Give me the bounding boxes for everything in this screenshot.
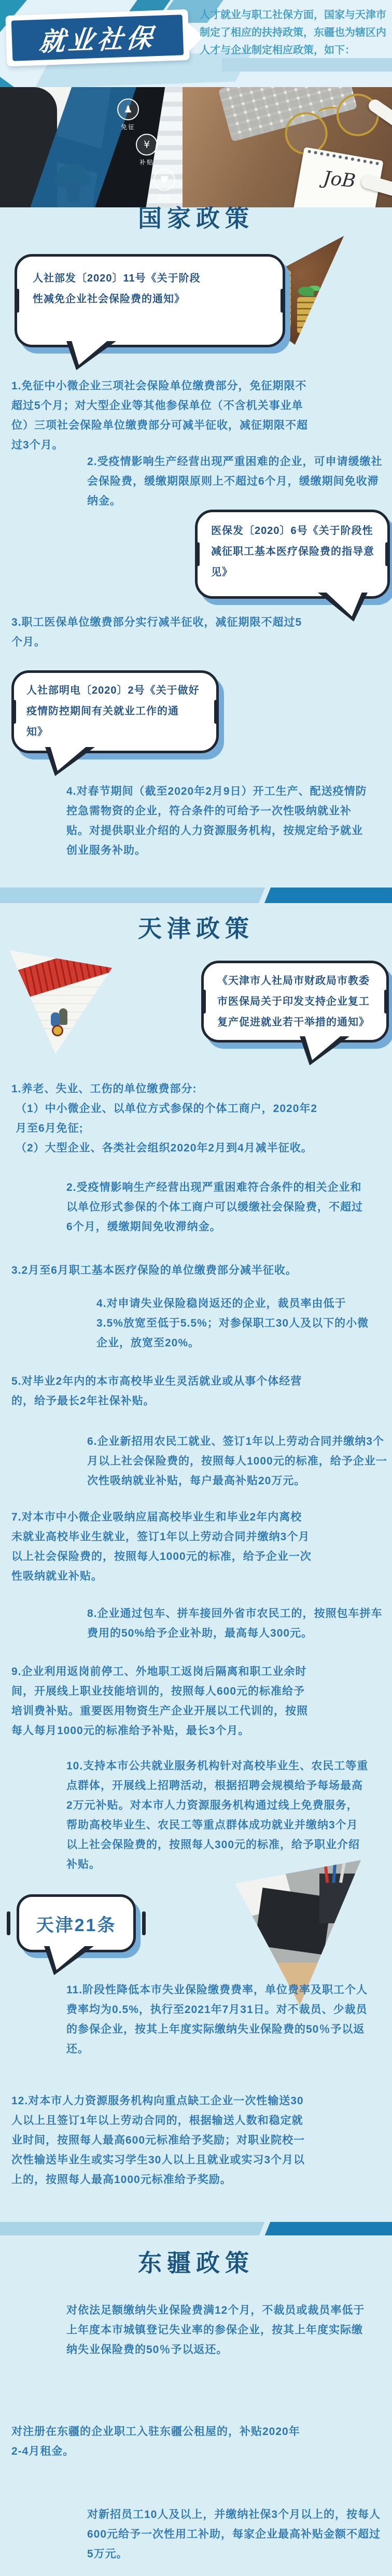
divider-light-bar	[0, 2222, 264, 2235]
policy-doc-bubble-3: 人社部明电〔2020〕2号《关于做好 疫情防控期间有关就业工作的通 知》	[11, 670, 219, 753]
tianjin-21-badge: 天津21条	[17, 1894, 136, 1952]
bubble-tail	[45, 747, 95, 776]
exempt-icon: ♟	[117, 98, 139, 120]
policy-paragraph: 5.对毕业2年内的本市高校毕业生灵活就业或从事个体经营 的，给予最长2年社保补贴…	[11, 1372, 302, 1411]
page-title: 就业社保	[37, 17, 157, 59]
section-title-dongjiang: 东疆政策	[0, 2249, 392, 2277]
policy-paragraph: 11.阶段性降低本市失业保险缴费费率，单位费率及职工个人 费率均为0.5%，执行…	[66, 1980, 368, 2059]
section-title-tianjin: 天津政策	[0, 914, 392, 942]
policy-paragraph: 7.对本市中小微企业吸纳应届高校毕业生和毕业2年内离校 未就业高校毕业生就业，签…	[11, 1508, 312, 1586]
intro-text: 人才就业与职工社保方面，国家与天津市 制定了相应的扶持政策，东疆也为辖区内 人才…	[200, 6, 389, 59]
policy-paragraph: 12.对本市人力资源服务机构向重点缺工企业一次性输送30 人以上且签订1年以上劳…	[11, 2091, 305, 2190]
wheelchair-wheel	[52, 1025, 63, 1036]
quote-dash	[16, 289, 19, 313]
bubble-tail	[300, 1036, 349, 1065]
policy-paragraph: 9.企业利用返岗前停工、外地职工返岗后隔离和职工业余时 间，开展线上职业技能培训…	[11, 1662, 308, 1741]
quote-dash	[196, 542, 200, 566]
policy-paragraph: 3.职工医保单位缴费部分实行减半征收，减征期限不超过5 个月。	[11, 613, 302, 652]
policy-doc-text: 人社部明电〔2020〕2号《关于做好 疫情防控期间有关就业工作的通 知》	[26, 680, 200, 742]
pen-cup	[319, 1874, 357, 1923]
policy-paragraph: 对注册在东疆的企业职工入驻东疆公租屋的，补贴2020年 2-4月租金。	[11, 2422, 300, 2461]
icon-label: 返还	[145, 193, 184, 202]
quote-dash	[202, 990, 206, 1013]
quote-dash	[12, 700, 16, 724]
house-photo-triangle	[9, 950, 112, 1054]
divider-light-bar	[0, 888, 265, 903]
policy-paragraph: 10.支持本市公共就业服务机构针对高校毕业生、农民工等重 点群体，开展线上招聘活…	[66, 1756, 368, 1875]
photo-icon-group: ♥ 返还	[145, 169, 184, 202]
policy-doc-bubble-2: 医保发〔2020〕6号《关于阶段性 减征职工基本医疗保险费的指导意 见》	[195, 510, 390, 599]
policy-doc-text: 人社部发〔2020〕11号《关于阶段 性减免企业社会保险费的通知》	[33, 268, 201, 309]
quote-dash	[281, 289, 284, 313]
bubble-tail	[318, 593, 368, 622]
policy-paragraph: 1.免征中小微企业三项社会保险单位缴费部分，免征期限不 超过5个月；对大型企业等…	[11, 376, 308, 455]
policy-paragraph: 1.养老、失业、工伤的单位缴费部分:	[11, 1079, 197, 1099]
policy-doc-bubble-4: 《天津市人社局市财政局市教委 市医保局关于印发支持企业复工 复产促进就业若干举措…	[201, 961, 389, 1043]
section-divider	[0, 888, 392, 903]
coin-stack	[297, 297, 319, 333]
title-banner-inner: 就业社保	[11, 15, 184, 61]
sprout-leaves	[298, 287, 314, 296]
infographic-canvas: 就业社保 人才就业与职工社保方面，国家与天津市 制定了相应的扶持政策，东疆也为辖…	[0, 0, 392, 2576]
quote-dash	[142, 1911, 146, 1935]
refund-icon: ♥	[153, 169, 175, 191]
divider-dark-bar	[264, 888, 392, 903]
policy-paragraph: 8.企业通过包车、拼车接回外省市农民工的，按照包车拼车 费用的50%给予企业补助…	[87, 1604, 383, 1643]
bubble-tail	[66, 341, 116, 370]
section-title-national: 国家政策	[0, 204, 392, 232]
hero-photo-collage: JoB ♟ 免征 ¥ 补贴 ♥ 返还	[0, 87, 392, 207]
eyeglasses-bridge	[317, 105, 339, 116]
policy-paragraph: 对依法足额缴纳失业保险费满12个月，不裁员或裁员率低于 上年度本市城镇登记失业率…	[66, 2301, 365, 2360]
policy-paragraph: 3.2月至6月职工基本医疗保险的单位缴费部分减半征收。	[11, 1261, 297, 1280]
header-band	[222, 58, 392, 72]
policy-paragraph: 6.企业新招用农民工就业、签订1年以上劳动合同并缴纳3个 月以上社会保险费的，按…	[87, 1432, 387, 1491]
quote-dash	[214, 700, 218, 724]
policy-doc-text: 医保发〔2020〕6号《关于阶段性 减征职工基本医疗保险费的指导意 见》	[211, 520, 374, 583]
icon-label: 补贴	[128, 158, 166, 166]
photo-icon-group: ¥ 补贴	[128, 134, 166, 166]
section-divider	[0, 2222, 392, 2235]
policy-paragraph: 2.受疫情影响生产经营出现严重困难符合条件的相关企业和 以单位形式参保的个体工商…	[66, 1178, 363, 1237]
policy-doc-bubble-1: 人社部发〔2020〕11号《关于阶段 性减免企业社会保险费的通知》	[15, 254, 285, 347]
quote-dash	[7, 1911, 10, 1935]
policy-doc-text: 《天津市人社局市财政局市教委 市医保局关于印发支持企业复工 复产促进就业若干举措…	[217, 970, 370, 1033]
divider-dark-bar	[265, 2222, 392, 2235]
title-banner: 就业社保	[5, 9, 189, 66]
policy-paragraph: （2）大型企业、各类社会组织2020年2月到4月减半征收。	[16, 1138, 313, 1158]
photo-icon-group: ♟ 免征	[109, 98, 147, 131]
badge-text: 天津21条	[36, 1911, 117, 1936]
quote-dash	[385, 542, 389, 566]
policy-paragraph: 对新招员工10人及以上，并缴纳社保3个月以上的，按每人 600元给予一次性用工补…	[87, 2505, 381, 2564]
elderly-figure	[59, 1008, 67, 1025]
policy-paragraph: 4.对春节期间（截至2020年2月9日）开工生产、配送疫情防 控急需物资的企业，…	[66, 782, 367, 861]
quote-dash	[384, 990, 388, 1013]
policy-paragraph: 2.受疫情影响生产经营出现严重困难的企业，可申请缓缴社 会保险费，缓缴期限原则上…	[87, 452, 383, 511]
policy-paragraph: （1）中小微企业、以单位方式参保的个体工商户，2020年2 月至6月免征;	[16, 1099, 317, 1138]
subsidy-icon: ¥	[136, 134, 158, 156]
bubble-tail	[44, 1946, 94, 1975]
icon-label: 免征	[109, 122, 147, 131]
policy-paragraph: 4.对申请失业保险稳岗返还的企业，裁员率由低于 3.5%放宽至低于5.5%；对参…	[96, 1294, 369, 1353]
